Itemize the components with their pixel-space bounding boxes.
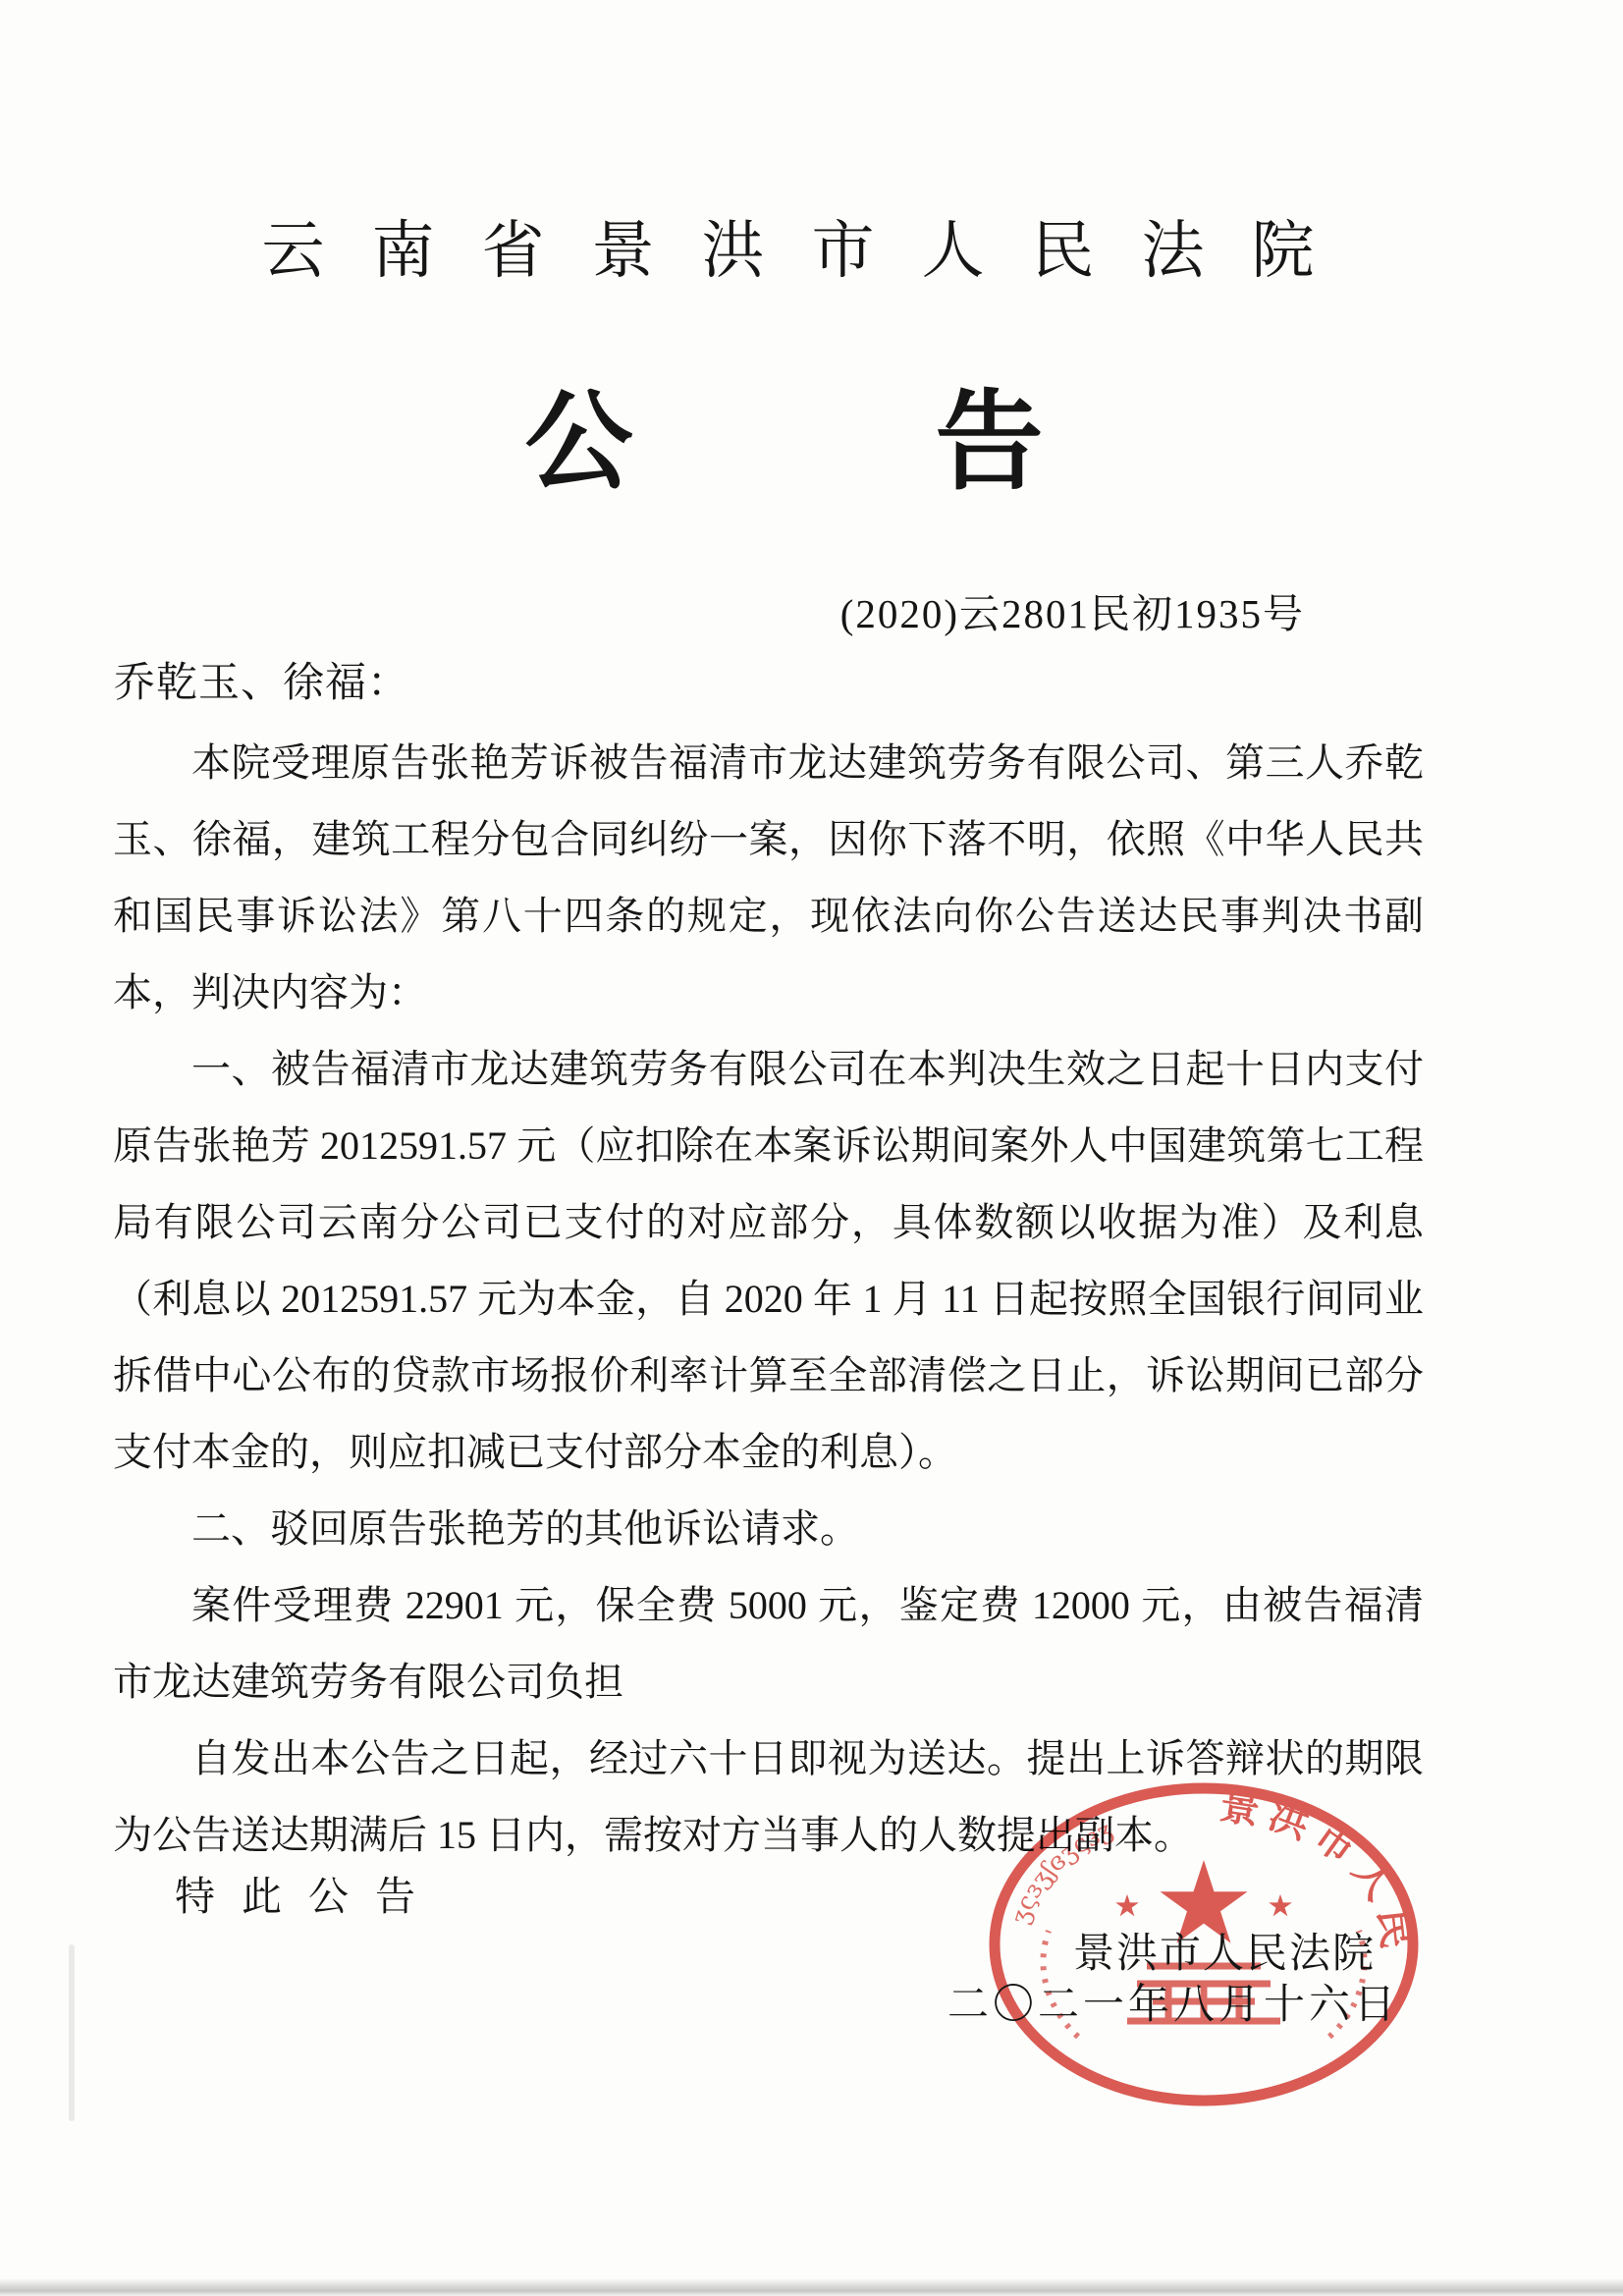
case-number: (2020)云2801民初1935号 [840, 581, 1305, 639]
body-paragraph: 二、驳回原告张艳芳的其他诉讼请求。 [113, 1491, 1424, 1567]
body-paragraphs: 本院受理原告张艳芳诉被告福清市龙达建筑劳务有限公司、第三人乔乾玉、徐福，建筑工程… [113, 725, 1424, 1874]
doc-title-char-right: 告 [936, 355, 1044, 511]
doc-title-char-left: 公 [525, 355, 633, 511]
court-name-title: 云南省景洪市人民法院 [0, 200, 1623, 291]
scan-edge [0, 2278, 1623, 2296]
signature-court-name: 景洪市人民法院 [1073, 1921, 1376, 1980]
closing-line: 特此公告 [175, 1864, 442, 1922]
addressee-line: 乔乾玉、徐福： [114, 650, 409, 709]
signature-date: 二〇二一年八月十六日 [947, 1972, 1399, 2031]
scan-artifact [69, 1944, 75, 2121]
announcement-page: 云南省景洪市人民法院 公 告 (2020)云2801民初1935号 乔乾玉、徐福… [0, 0, 1623, 2296]
body-paragraph: 一、被告福清市龙达建筑劳务有限公司在本判决生效之日起十日内支付原告张艳芳 201… [113, 1031, 1424, 1491]
body-paragraph: 本院受理原告张艳芳诉被告福清市龙达建筑劳务有限公司、第三人乔乾玉、徐福，建筑工程… [113, 725, 1424, 1031]
doc-title: 公 告 [0, 355, 1596, 511]
body-paragraph: 案件受理费 22901 元，保全费 5000 元，鉴定费 12000 元，由被告… [113, 1567, 1424, 1721]
